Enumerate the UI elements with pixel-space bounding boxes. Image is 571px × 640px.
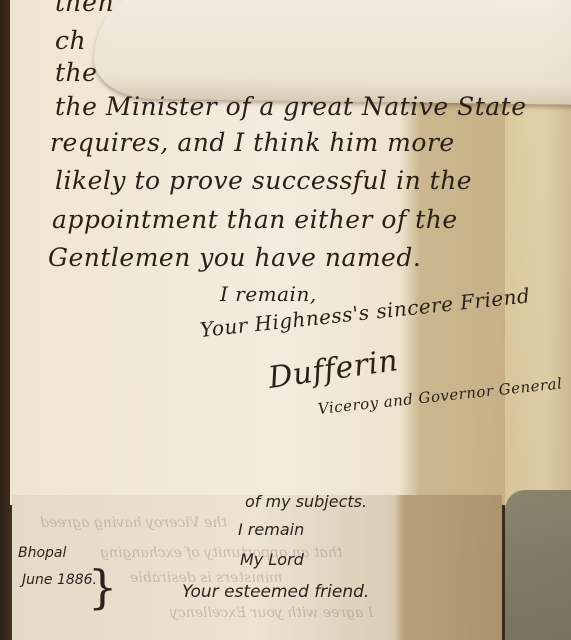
lower-valediction: Your esteemed friend. [182, 582, 369, 602]
bleed-through-line-1: the Viceroy having agreed [40, 515, 227, 531]
partial-line-3: the [55, 58, 97, 87]
letter-line-2: requires, and I think him more [50, 128, 455, 157]
brace-glyph: } [88, 560, 117, 614]
letter-line-1: the Minister of a great Native State [55, 92, 527, 121]
paper-knife [93, 0, 571, 105]
archival-photo: then ch the the Minister of a great Nati… [0, 0, 571, 640]
bleed-through-line-4: I agree with your Excellency [170, 605, 373, 621]
date-text: June 1886. [22, 572, 97, 588]
place-text: Bhopal [18, 545, 66, 561]
partial-line-2: ch [55, 26, 86, 55]
letter-line-5: Gentlemen you have named. [48, 243, 421, 272]
closing-text: I remain, [220, 282, 317, 306]
letter-line-3: likely to prove successful in the [55, 166, 472, 195]
partial-line-1: then [55, 0, 114, 17]
grey-page-edge [505, 490, 571, 640]
lower-closing: I remain [238, 520, 304, 539]
lower-salutation: My Lord [240, 550, 304, 569]
bleed-through-line-2: that an opportunity of exchanging [100, 545, 342, 561]
lower-line-1: of my subjects. [245, 492, 367, 511]
letter-line-4: appointment than either of the [52, 205, 458, 234]
